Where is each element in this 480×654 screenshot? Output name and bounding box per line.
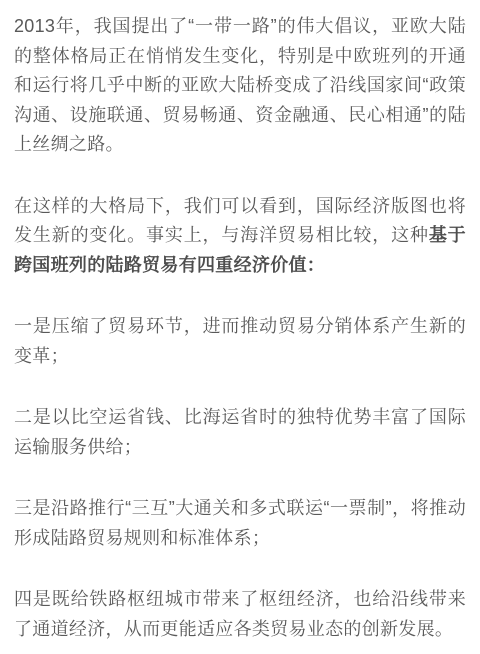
paragraph-3: 一是压缩了贸易环节，进而推动贸易分销体系产生新的变革； (14, 312, 466, 371)
body-text: 2013年，我国提出了“一带一路”的伟大倡议，亚欧大陆的整体格局正在悄悄发生变化… (14, 16, 466, 154)
body-text: 二是以比空运省钱、比海运省时的独特优势丰富了国际运输服务供给； (14, 407, 466, 457)
article-body: 2013年，我国提出了“一带一路”的伟大倡议，亚欧大陆的整体格局正在悄悄发生变化… (0, 0, 480, 654)
body-text: 三是沿路推行“三互”大通关和多式联运“一票制”，将推动形成陆路贸易规则和标准体系… (14, 498, 466, 548)
body-text: 四是既给铁路枢纽城市带来了枢纽经济，也给沿线带来了通道经济，从而更能适应各类贸易… (14, 589, 466, 639)
body-text: 在这样的大格局下，我们可以看到，国际经济版图也将发生新的变化。事实上，与海洋贸易… (14, 196, 466, 246)
paragraph-6: 四是既给铁路枢纽城市带来了枢纽经济，也给沿线带来了通道经济，从而更能适应各类贸易… (14, 585, 466, 644)
paragraph-4: 二是以比空运省钱、比海运省时的独特优势丰富了国际运输服务供给； (14, 403, 466, 462)
paragraph-5: 三是沿路推行“三互”大通关和多式联运“一票制”，将推动形成陆路贸易规则和标准体系… (14, 494, 466, 553)
paragraph-1: 2013年，我国提出了“一带一路”的伟大倡议，亚欧大陆的整体格局正在悄悄发生变化… (14, 12, 466, 160)
paragraph-2: 在这样的大格局下，我们可以看到，国际经济版图也将发生新的变化。事实上，与海洋贸易… (14, 192, 466, 281)
body-text: 一是压缩了贸易环节，进而推动贸易分销体系产生新的变革； (14, 316, 466, 366)
